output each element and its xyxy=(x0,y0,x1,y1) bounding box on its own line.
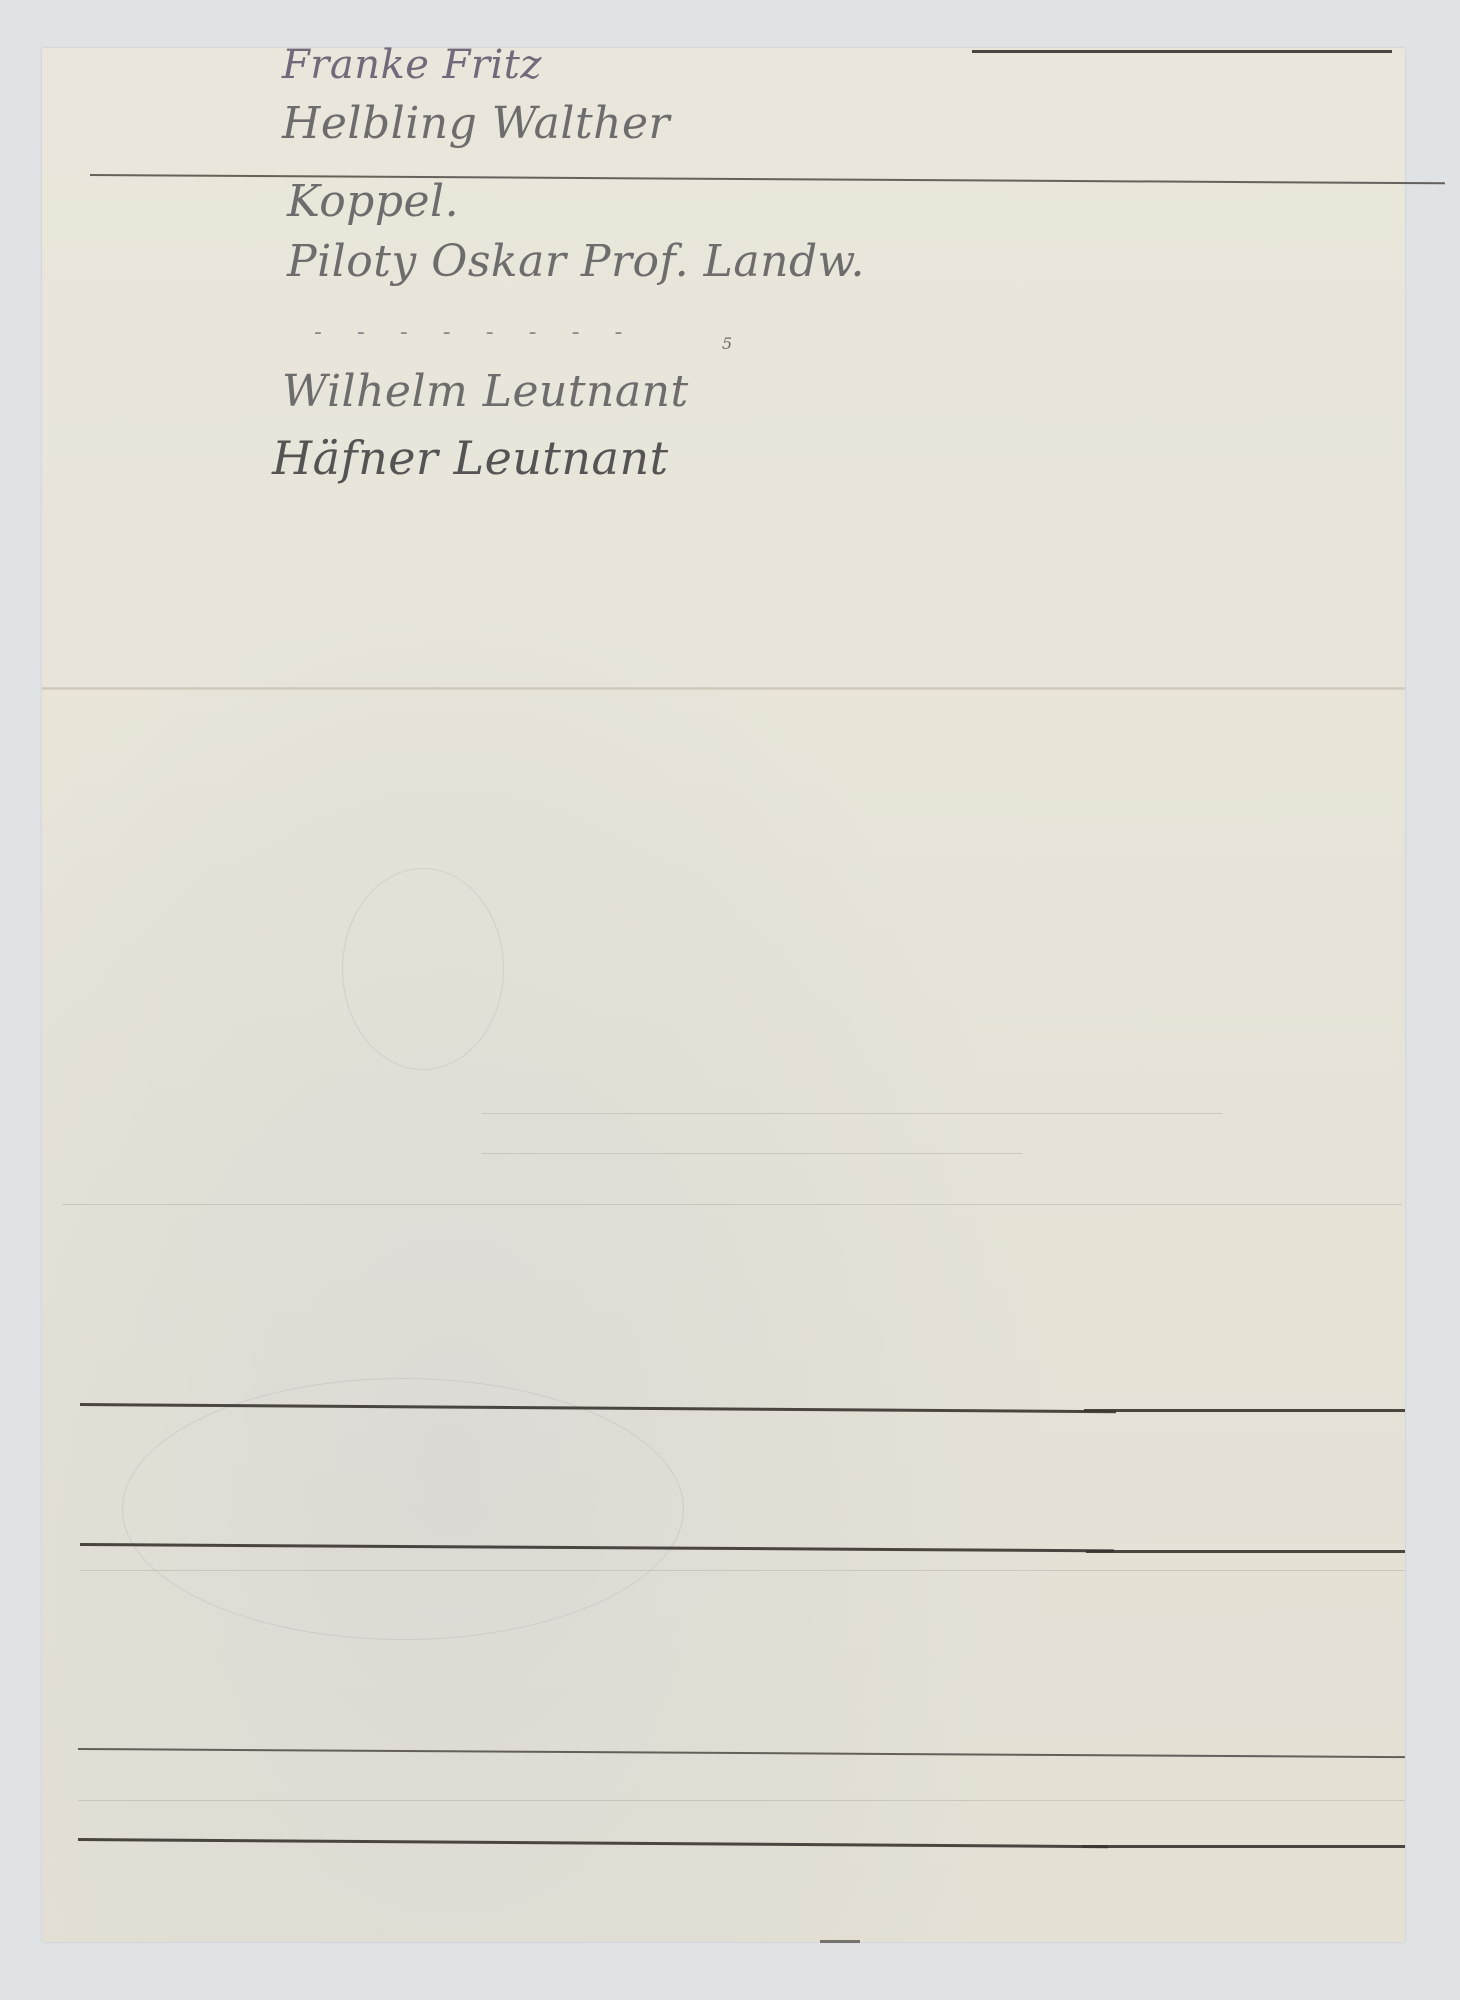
ruled-line-3b xyxy=(1086,1550,1405,1553)
paper-sheet: Franke Fritz Helbling Walther Koppel. Pi… xyxy=(42,48,1405,1942)
handwritten-line-2: Helbling Walther xyxy=(282,98,670,149)
faint-printed-line-1 xyxy=(80,1570,1405,1571)
bottom-edge-mark xyxy=(820,1940,860,1943)
ruled-line-5 xyxy=(78,1838,1108,1848)
faint-pencil-line-1 xyxy=(482,1113,1222,1114)
handwritten-line-6: Wilhelm Leutnant xyxy=(282,366,689,417)
faint-sketch-circle xyxy=(342,868,504,1070)
ruled-line-4 xyxy=(78,1748,1405,1758)
handwritten-line-4: Piloty Oskar Prof. Landw. xyxy=(287,236,865,287)
top-rule-right xyxy=(972,50,1392,53)
handwritten-line-3: Koppel. xyxy=(287,176,459,227)
ruled-line-2b xyxy=(1084,1409,1405,1412)
paper-fold-crease xyxy=(42,687,1405,690)
handwritten-line-7: Häfner Leutnant xyxy=(272,431,669,485)
ruled-line-5b xyxy=(1082,1845,1405,1848)
faint-pencil-line-3 xyxy=(62,1204,1402,1205)
faint-sketch-oval xyxy=(122,1378,684,1640)
annotation-mark: 5 xyxy=(722,334,733,353)
faint-pencil-line-2 xyxy=(482,1153,1022,1154)
dashed-separator: - - - - - - - - xyxy=(314,320,636,345)
handwritten-line-1: Franke Fritz xyxy=(282,42,542,88)
paper-texture xyxy=(42,48,1405,1942)
faint-printed-line-2 xyxy=(78,1800,1405,1801)
